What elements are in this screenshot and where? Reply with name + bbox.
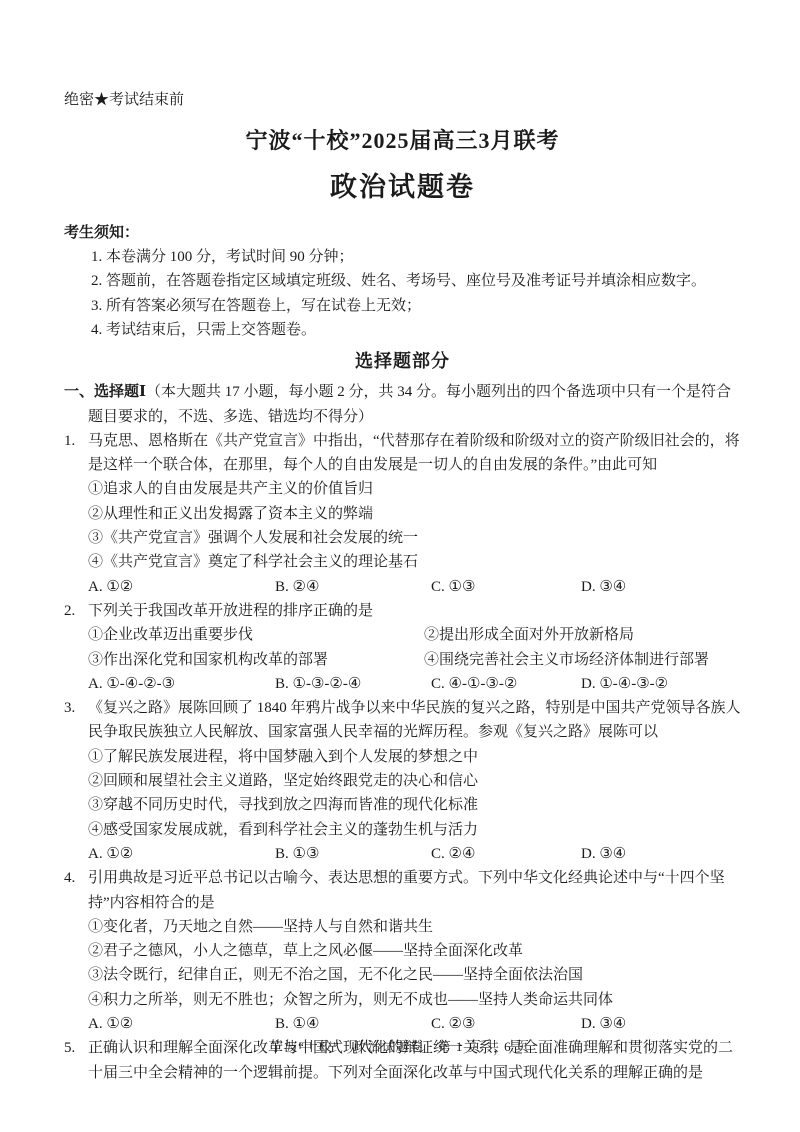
option-c: C. ②④	[431, 842, 581, 866]
question-text: 下列关于我国改革开放进程的排序正确的是	[88, 603, 373, 619]
question-text: 引用典故是习近平总书记以古喻今、表达思想的重要方式。下列中华文化经典论述中与“十…	[88, 870, 725, 910]
question-stem: 1.马克思、恩格斯在《共产党宣言》中指出，“代替那存在着阶级和阶级对立的资产阶级…	[64, 429, 741, 478]
question-number: 3.	[64, 696, 88, 720]
question-number: 2.	[64, 599, 88, 623]
option-b: B. ①④	[275, 1012, 431, 1036]
options-row: A. ①-④-②-③ B. ①-③-②-④ C. ④-①-③-② D. ①-④-…	[64, 672, 741, 696]
option-b: B. ①③	[275, 842, 431, 866]
notice-item-2: 2. 答题前，在答题卷指定区域填定班级、姓名、考场号、座位号及准考证号并填涂相应…	[64, 269, 741, 293]
question-stem: 4.引用典故是习近平总书记以古喻今、表达思想的重要方式。下列中华文化经典论述中与…	[64, 866, 741, 915]
statement-item: ②回顾和展望社会主义道路，坚定始终跟党走的决心和信心	[64, 769, 741, 793]
question-number: 4.	[64, 866, 88, 890]
statement-item: ③法令既行，纪律自正，则无不治之国，无不化之民——坚持全面依法治国	[64, 963, 741, 987]
options-row: A. ①② B. ①③ C. ②④ D. ③④	[64, 842, 741, 866]
question-3: 3.《复兴之路》展陈回顾了 1840 年鸦片战争以来中华民族的复兴之路，特别是中…	[64, 696, 741, 866]
statement-item: ③《共产党宣言》强调个人发展和社会发展的统一	[64, 526, 741, 550]
statement-item: ①了解民族发展进程，将中国梦融入到个人发展的梦想之中	[64, 745, 741, 769]
notice-item-4: 4. 考试结束后，只需上交答题卷。	[64, 318, 741, 342]
question-stem: 2.下列关于我国改革开放进程的排序正确的是	[64, 599, 741, 623]
option-d: D. ①-④-③-②	[581, 672, 741, 696]
option-b: B. ②④	[275, 575, 431, 599]
part1-label: 一、选择题Ⅰ	[64, 384, 146, 400]
exam-title: 宁波“十校”2025届高三3月联考	[64, 123, 741, 159]
statement-item: ①企业改革迈出重要步伐	[88, 623, 424, 647]
page-content: 绝密★考试结束前 宁波“十校”2025届高三3月联考 政治试题卷 考生须知： 1…	[64, 88, 741, 1085]
options-row: A. ①② B. ①④ C. ②③ D. ③④	[64, 1012, 741, 1036]
option-d: D. ③④	[581, 575, 741, 599]
option-a: A. ①②	[88, 1012, 275, 1036]
statement-item: ③穿越不同历史时代，寻找到放之四海而皆准的现代化标准	[64, 793, 741, 817]
option-c: C. ②③	[431, 1012, 581, 1036]
notice-heading: 考生须知：	[64, 221, 741, 245]
statement-grid: ①企业改革迈出重要步伐 ②提出形成全面对外开放新格局 ③作出深化党和国家机构改革…	[64, 623, 741, 672]
statement-item: ②从理性和正义出发揭露了资本主义的弊端	[64, 502, 741, 526]
page-footer: 宁波“十校” 政治试题卷 第 1 页 共 6 页	[0, 1036, 800, 1057]
question-stem: 3.《复兴之路》展陈回顾了 1840 年鸦片战争以来中华民族的复兴之路，特别是中…	[64, 696, 741, 745]
part1-intro: 一、选择题Ⅰ（本大题共 17 小题，每小题 2 分，共 34 分。每小题列出的四…	[64, 380, 741, 429]
security-marking: 绝密★考试结束前	[64, 88, 741, 112]
section-heading-choice: 选择题部分	[64, 347, 741, 376]
notice-item-3: 3. 所有答案必须写在答题卷上，写在试卷上无效；	[64, 294, 741, 318]
statement-item: ④《共产党宣言》奠定了科学社会主义的理论基石	[64, 550, 741, 574]
options-row: A. ①② B. ②④ C. ①③ D. ③④	[64, 575, 741, 599]
option-d: D. ③④	[581, 842, 741, 866]
statement-item: ②提出形成全面对外开放新格局	[424, 623, 741, 647]
option-a: A. ①②	[88, 842, 275, 866]
option-a: A. ①②	[88, 575, 275, 599]
notice-item-1: 1. 本卷满分 100 分，考试时间 90 分钟；	[64, 245, 741, 269]
statement-item: ①追求人的自由发展是共产主义的价值旨归	[64, 477, 741, 501]
option-b: B. ①-③-②-④	[275, 672, 431, 696]
statement-item: ①变化者，乃天地之自然——坚持人与自然和谐共生	[64, 915, 741, 939]
statement-item: ②君子之德风，小人之德草，草上之风必偃——坚持全面深化改革	[64, 939, 741, 963]
statement-item: ④感受国家发展成就，看到科学社会主义的蓬勃生机与活力	[64, 818, 741, 842]
part1-description: （本大题共 17 小题，每小题 2 分，共 34 分。每小题列出的四个备选项中只…	[88, 384, 731, 424]
exam-paper-page: 绝密★考试结束前 宁波“十校”2025届高三3月联考 政治试题卷 考生须知： 1…	[0, 0, 800, 1132]
statement-item: ④积力之所举，则无不胜也；众智之所为，则无不成也——坚持人类命运共同体	[64, 988, 741, 1012]
paper-subject-title: 政治试题卷	[64, 166, 741, 210]
question-number: 1.	[64, 429, 88, 453]
question-1: 1.马克思、恩格斯在《共产党宣言》中指出，“代替那存在着阶级和阶级对立的资产阶级…	[64, 429, 741, 599]
question-4: 4.引用典故是习近平总书记以古喻今、表达思想的重要方式。下列中华文化经典论述中与…	[64, 866, 741, 1036]
option-c: C. ①③	[431, 575, 581, 599]
statement-item: ④围绕完善社会主义市场经济体制进行部署	[424, 648, 741, 672]
option-c: C. ④-①-③-②	[431, 672, 581, 696]
question-2: 2.下列关于我国改革开放进程的排序正确的是 ①企业改革迈出重要步伐 ②提出形成全…	[64, 599, 741, 696]
option-a: A. ①-④-②-③	[88, 672, 275, 696]
statement-item: ③作出深化党和国家机构改革的部署	[88, 648, 424, 672]
question-text: 马克思、恩格斯在《共产党宣言》中指出，“代替那存在着阶级和阶级对立的资产阶级旧社…	[88, 433, 740, 473]
question-text: 《复兴之路》展陈回顾了 1840 年鸦片战争以来中华民族的复兴之路，特别是中国共…	[88, 700, 741, 740]
notice-list: 1. 本卷满分 100 分，考试时间 90 分钟； 2. 答题前，在答题卷指定区…	[64, 245, 741, 342]
option-d: D. ③④	[581, 1012, 741, 1036]
